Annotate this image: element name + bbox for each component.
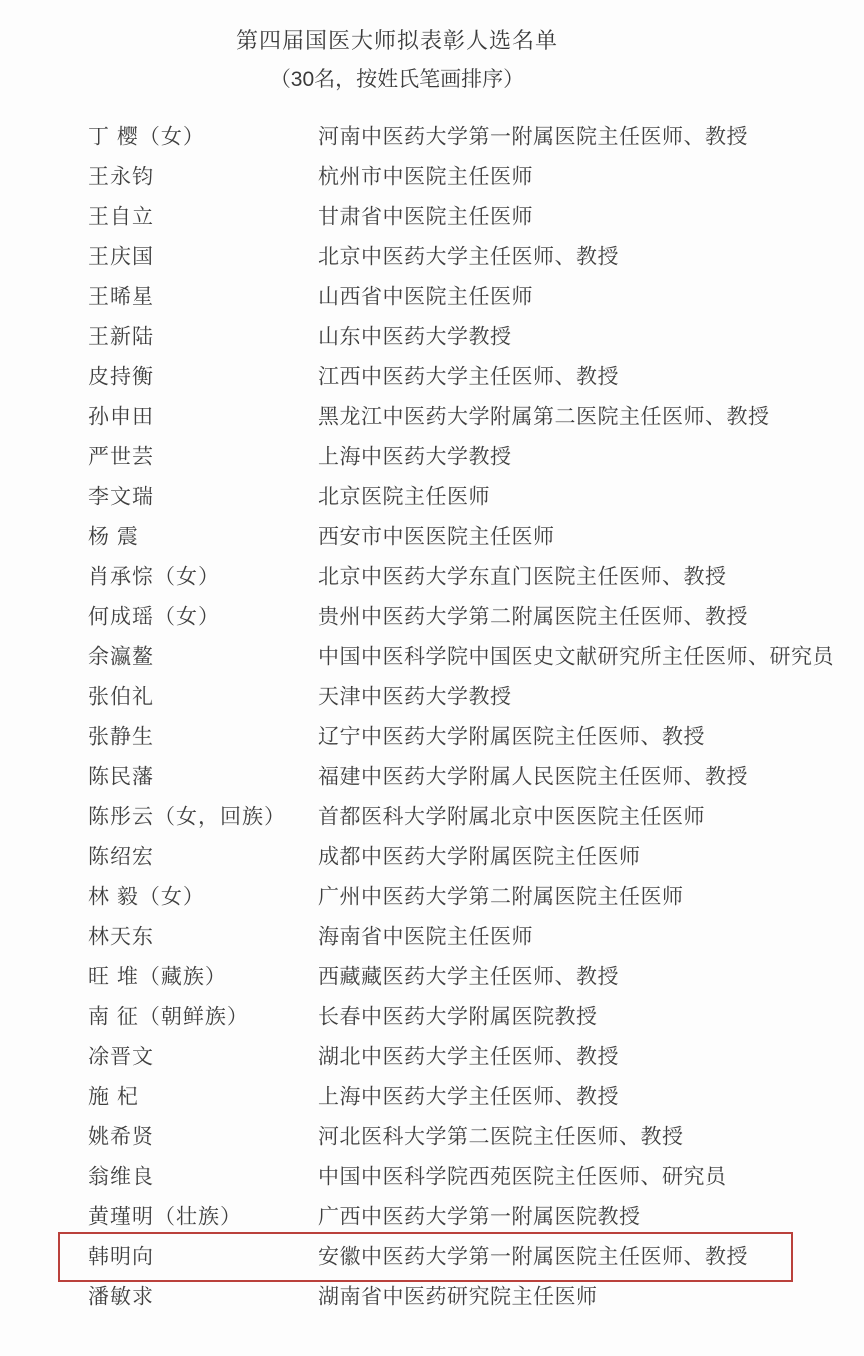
list-item: 王永钧杭州市中医院主任医师 — [0, 157, 864, 197]
list-item: 陈彤云（女，回族）首都医科大学附属北京中医医院主任医师 — [0, 797, 864, 837]
list-item: 何成瑶（女）贵州中医药大学第二附属医院主任医师、教授 — [0, 597, 864, 637]
list-item: 潘敏求湖南省中医药研究院主任医师 — [0, 1277, 864, 1317]
candidate-affiliation: 北京中医药大学东直门医院主任医师、教授 — [318, 567, 727, 588]
candidate-name: 陈彤云（女，回族） — [88, 807, 286, 828]
list-item: 杨 震西安市中医医院主任医师 — [0, 517, 864, 557]
candidate-name: 林 毅（女） — [88, 887, 205, 908]
candidate-affiliation: 中国中医科学院中国医史文献研究所主任医师、研究员 — [318, 647, 834, 668]
list-item: 陈民藩福建中医药大学附属人民医院主任医师、教授 — [0, 757, 864, 797]
list-item: 南 征（朝鲜族）长春中医药大学附属医院教授 — [0, 997, 864, 1037]
document-page: 第四届国医大师拟表彰人选名单 （30名，按姓氏笔画排序） 丁 樱（女）河南中医药… — [0, 0, 864, 1356]
candidate-affiliation: 上海中医药大学教授 — [318, 447, 512, 468]
candidate-affiliation: 广西中医药大学第一附属医院教授 — [318, 1207, 641, 1228]
candidate-affiliation: 山西省中医院主任医师 — [318, 287, 533, 308]
list-item: 余瀛鳌中国中医科学院中国医史文献研究所主任医师、研究员 — [0, 637, 864, 677]
list-item: 王庆国北京中医药大学主任医师、教授 — [0, 237, 864, 277]
candidate-name: 肖承悰（女） — [88, 567, 220, 588]
candidate-affiliation: 西藏藏医药大学主任医师、教授 — [318, 967, 619, 988]
candidate-affiliation: 河南中医药大学第一附属医院主任医师、教授 — [318, 127, 748, 148]
list-item: 凃晋文湖北中医药大学主任医师、教授 — [0, 1037, 864, 1077]
list-item: 丁 樱（女）河南中医药大学第一附属医院主任医师、教授 — [0, 117, 864, 157]
list-item: 韩明向安徽中医药大学第一附属医院主任医师、教授 — [0, 1237, 864, 1277]
list-item: 翁维良中国中医科学院西苑医院主任医师、研究员 — [0, 1157, 864, 1197]
candidate-affiliation: 海南省中医院主任医师 — [318, 927, 533, 948]
candidate-name: 张伯礼 — [88, 687, 154, 708]
candidate-affiliation: 北京医院主任医师 — [318, 487, 490, 508]
list-item: 林天东海南省中医院主任医师 — [0, 917, 864, 957]
candidate-name: 旺 堆（藏族） — [88, 967, 227, 988]
candidate-affiliation: 河北医科大学第二医院主任医师、教授 — [318, 1127, 684, 1148]
candidate-affiliation: 湖北中医药大学主任医师、教授 — [318, 1047, 619, 1068]
candidate-name: 李文瑞 — [88, 487, 154, 508]
candidate-affiliation: 辽宁中医药大学附属医院主任医师、教授 — [318, 727, 705, 748]
list-item: 旺 堆（藏族）西藏藏医药大学主任医师、教授 — [0, 957, 864, 997]
candidate-affiliation: 北京中医药大学主任医师、教授 — [318, 247, 619, 268]
candidate-name: 王庆国 — [88, 247, 154, 268]
list-item: 严世芸上海中医药大学教授 — [0, 437, 864, 477]
list-item: 姚希贤河北医科大学第二医院主任医师、教授 — [0, 1117, 864, 1157]
page-title: 第四届国医大师拟表彰人选名单 — [0, 30, 794, 52]
candidate-name: 姚希贤 — [88, 1127, 154, 1148]
candidate-affiliation: 上海中医药大学主任医师、教授 — [318, 1087, 619, 1108]
candidate-affiliation: 甘肃省中医院主任医师 — [318, 207, 533, 228]
candidate-name: 丁 樱（女） — [88, 127, 205, 148]
candidate-affiliation: 成都中医药大学附属医院主任医师 — [318, 847, 641, 868]
candidate-affiliation: 黑龙江中医药大学附属第二医院主任医师、教授 — [318, 407, 770, 428]
candidate-name: 黄瑾明（壮族） — [88, 1207, 242, 1228]
candidate-name: 翁维良 — [88, 1167, 154, 1188]
list-item: 黄瑾明（壮族）广西中医药大学第一附属医院教授 — [0, 1197, 864, 1237]
list-item: 王新陆山东中医药大学教授 — [0, 317, 864, 357]
candidate-name: 余瀛鳌 — [88, 647, 154, 668]
candidate-affiliation: 安徽中医药大学第一附属医院主任医师、教授 — [318, 1247, 748, 1268]
candidate-affiliation: 山东中医药大学教授 — [318, 327, 512, 348]
list-item: 陈绍宏成都中医药大学附属医院主任医师 — [0, 837, 864, 877]
list-item: 林 毅（女）广州中医药大学第二附属医院主任医师 — [0, 877, 864, 917]
candidate-affiliation: 天津中医药大学教授 — [318, 687, 512, 708]
candidate-name: 王晞星 — [88, 287, 154, 308]
list-item: 张伯礼天津中医药大学教授 — [0, 677, 864, 717]
candidate-name: 韩明向 — [88, 1247, 154, 1268]
list-item: 孙申田黑龙江中医药大学附属第二医院主任医师、教授 — [0, 397, 864, 437]
candidate-affiliation: 西安市中医医院主任医师 — [318, 527, 555, 548]
candidate-name: 南 征（朝鲜族） — [88, 1007, 249, 1028]
candidate-name: 杨 震 — [88, 527, 139, 548]
candidate-list: 丁 樱（女）河南中医药大学第一附属医院主任医师、教授王永钧杭州市中医院主任医师王… — [0, 117, 864, 1317]
list-item: 王晞星山西省中医院主任医师 — [0, 277, 864, 317]
candidate-affiliation: 杭州市中医院主任医师 — [318, 167, 533, 188]
candidate-name: 潘敏求 — [88, 1287, 154, 1308]
candidate-name: 严世芸 — [88, 447, 154, 468]
candidate-name: 孙申田 — [88, 407, 154, 428]
candidate-name: 林天东 — [88, 927, 154, 948]
candidate-affiliation: 湖南省中医药研究院主任医师 — [318, 1287, 598, 1308]
candidate-name: 王自立 — [88, 207, 154, 228]
candidate-name: 施 杞 — [88, 1087, 139, 1108]
list-item: 皮持衡江西中医药大学主任医师、教授 — [0, 357, 864, 397]
list-item: 施 杞上海中医药大学主任医师、教授 — [0, 1077, 864, 1117]
candidate-name: 陈民藩 — [88, 767, 154, 788]
list-item: 肖承悰（女）北京中医药大学东直门医院主任医师、教授 — [0, 557, 864, 597]
candidate-affiliation: 广州中医药大学第二附属医院主任医师 — [318, 887, 684, 908]
candidate-affiliation: 江西中医药大学主任医师、教授 — [318, 367, 619, 388]
candidate-name: 张静生 — [88, 727, 154, 748]
page-subtitle: （30名，按姓氏笔画排序） — [0, 69, 794, 90]
candidate-name: 王新陆 — [88, 327, 154, 348]
candidate-name: 凃晋文 — [88, 1047, 154, 1068]
list-item: 王自立甘肃省中医院主任医师 — [0, 197, 864, 237]
candidate-name: 陈绍宏 — [88, 847, 154, 868]
candidate-name: 王永钧 — [88, 167, 154, 188]
list-item: 张静生辽宁中医药大学附属医院主任医师、教授 — [0, 717, 864, 757]
candidate-affiliation: 长春中医药大学附属医院教授 — [318, 1007, 598, 1028]
candidate-name: 皮持衡 — [88, 367, 154, 388]
list-item: 李文瑞北京医院主任医师 — [0, 477, 864, 517]
candidate-affiliation: 贵州中医药大学第二附属医院主任医师、教授 — [318, 607, 748, 628]
candidate-name: 何成瑶（女） — [88, 607, 220, 628]
candidate-affiliation: 中国中医科学院西苑医院主任医师、研究员 — [318, 1167, 727, 1188]
candidate-affiliation: 福建中医药大学附属人民医院主任医师、教授 — [318, 767, 748, 788]
candidate-affiliation: 首都医科大学附属北京中医医院主任医师 — [318, 807, 705, 828]
